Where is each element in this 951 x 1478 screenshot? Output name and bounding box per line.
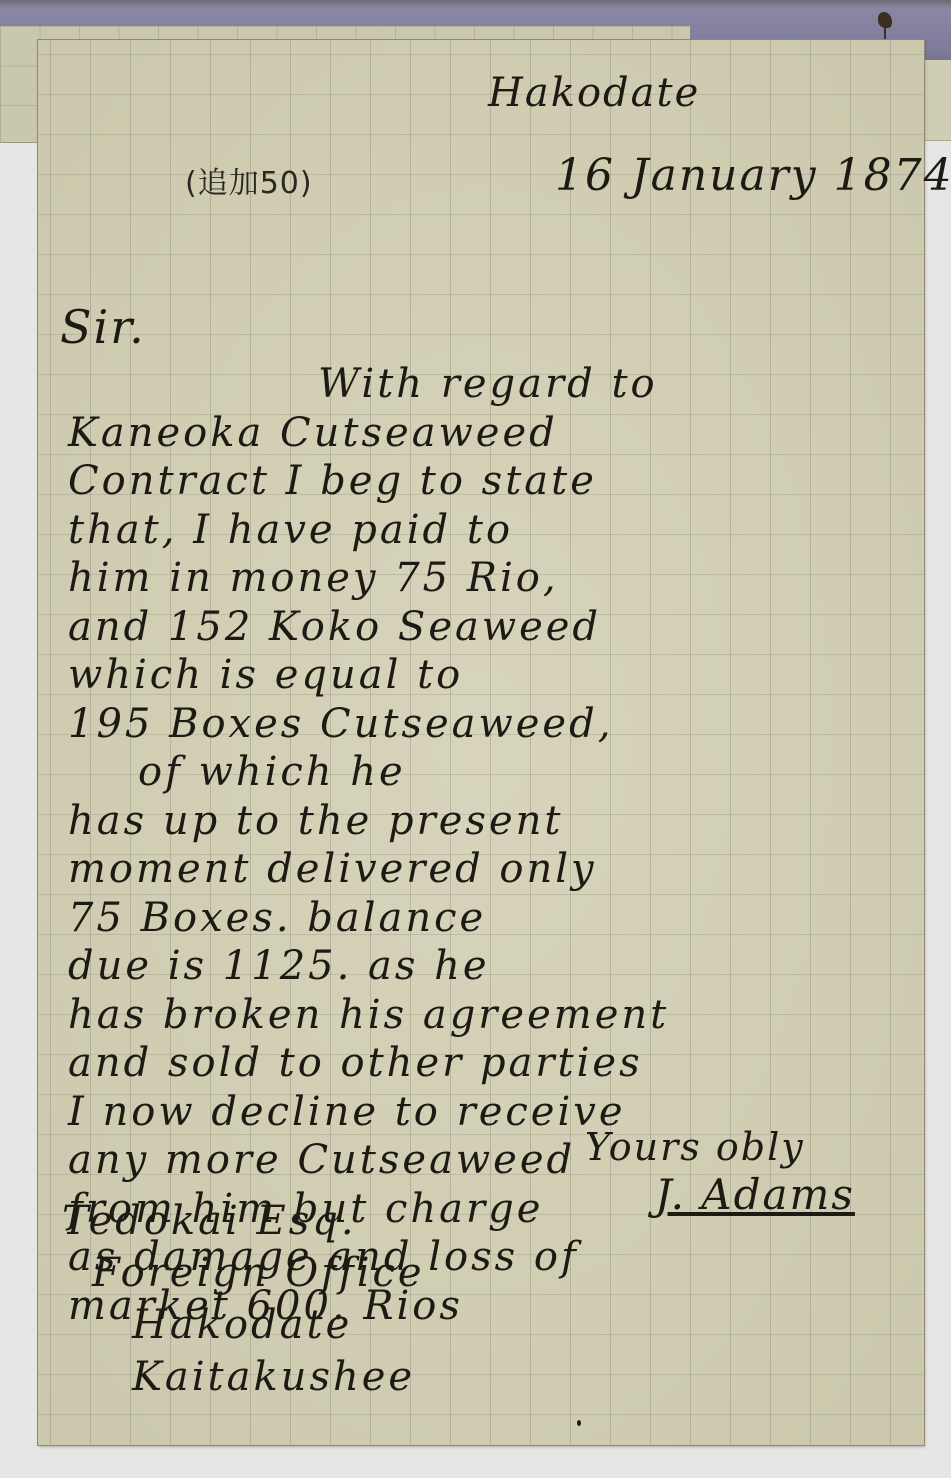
recipient-address: Tedokai Esq. Foreign Office Hakodate Kai… xyxy=(62,1195,425,1403)
body-line: and 152 Koko Seaweed xyxy=(68,603,908,652)
body-line: Kaneoka Cutseaweed xyxy=(68,409,908,458)
body-line: him in money 75 Rio, xyxy=(68,554,908,603)
letter-date: 16 January 1874. xyxy=(555,150,951,201)
body-line: 75 Boxes. balance xyxy=(68,894,908,943)
closing: Yours obly xyxy=(585,1125,805,1169)
archive-annotation: (追加50) xyxy=(185,158,313,202)
body-line: of which he xyxy=(68,748,908,797)
body-line: moment delivered only xyxy=(68,845,908,894)
address-line: Hakodate xyxy=(62,1299,425,1351)
body-line: which is equal to xyxy=(68,651,908,700)
signature: J. Adams xyxy=(655,1170,855,1219)
body-line: that, I have paid to xyxy=(68,506,908,555)
body-line: With regard to xyxy=(68,360,908,409)
address-line: Tedokai Esq. xyxy=(62,1195,425,1247)
address-line: Foreign Office xyxy=(62,1247,425,1299)
body-line: has up to the present xyxy=(68,797,908,846)
body-line: has broken his agreement xyxy=(68,991,908,1040)
address-line: Kaitakushee xyxy=(62,1351,425,1403)
body-line: due is 1125. as he xyxy=(68,942,908,991)
ink-speck xyxy=(577,1420,581,1426)
letter-place: Hakodate xyxy=(488,70,700,116)
body-line: 195 Boxes Cutseaweed, xyxy=(68,700,908,749)
body-line: Contract I beg to state xyxy=(68,457,908,506)
body-line: and sold to other parties xyxy=(68,1039,908,1088)
salutation: Sir. xyxy=(60,300,146,354)
